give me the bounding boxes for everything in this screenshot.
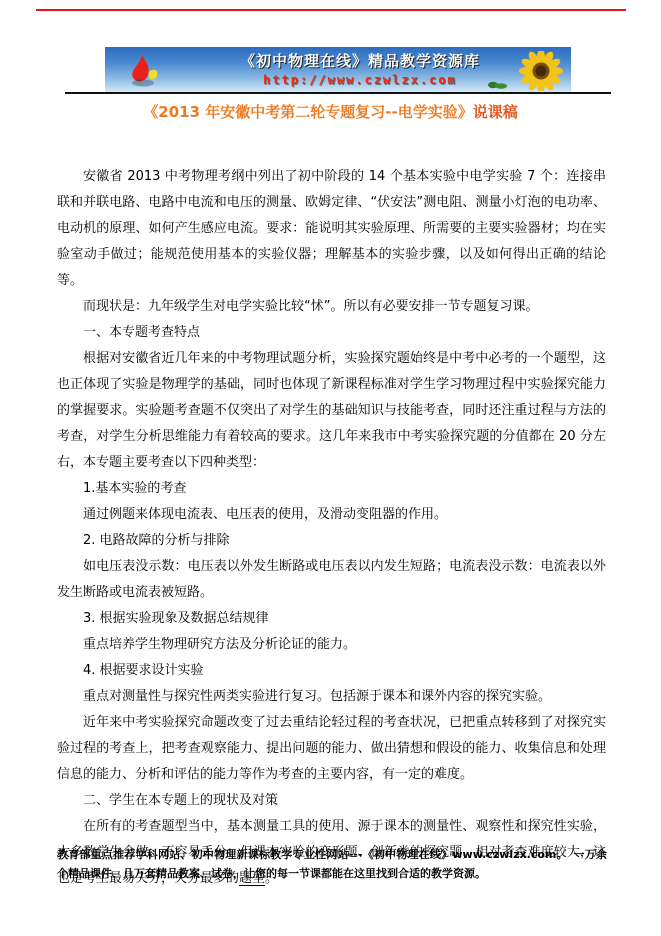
section-heading: 一、本专题考查特点 (57, 320, 606, 346)
list-item-heading: 1.基本实验的考查 (57, 476, 606, 502)
document-page: 《初中物理在线》精品教学资源库 http://www.czwlzx.com (0, 0, 661, 936)
paragraph: 根据对安徽省近几年来的中考物理试题分析，实验探究题始终是中考中必考的一个题型，这… (57, 346, 606, 476)
paragraph: 重点对测量性与探究性两类实验进行复习。包括源于课本和课外内容的探究实验。 (57, 684, 606, 710)
page-title-suffix: 说课稿 (473, 103, 518, 121)
list-item-heading: 4. 根据要求设计实验 (57, 658, 606, 684)
page-title: 《2013 年安徽中考第二轮专题复习--电学实验》说课稿 (0, 101, 661, 122)
banner-text-block: 《初中物理在线》精品教学资源库 http://www.czwlzx.com (215, 50, 505, 87)
banner-site-title: 《初中物理在线》精品教学资源库 (240, 50, 480, 71)
top-red-rule (36, 9, 626, 11)
footer-note: 教育部重点推荐学科网站、初中物理新课标教学专业性网站---《初中物理在线》www… (57, 845, 607, 883)
flame-logo-icon (125, 52, 161, 93)
document-body: 安徽省 2013 中考物理考纲中列出了初中阶段的 14 个基本实验中电学实验 7… (57, 164, 606, 892)
paragraph: 通过例题来体现电流表、电压表的使用，及滑动变阻器的作用。 (57, 502, 606, 528)
section-heading: 二、学生在本专题上的现状及对策 (57, 788, 606, 814)
list-item-heading: 2. 电路故障的分析与排除 (57, 528, 606, 554)
plant-icon (487, 74, 509, 93)
paragraph: 近年来中考实验探究命题改变了过去重结论轻过程的考查状况，已把重点转移到了对探究实… (57, 710, 606, 788)
paragraph: 安徽省 2013 中考物理考纲中列出了初中阶段的 14 个基本实验中电学实验 7… (57, 164, 606, 294)
paragraph: 如电压表没示数：电压表以外发生断路或电压表以内发生短路；电流表没示数：电流表以外… (57, 554, 606, 606)
site-banner-image: 《初中物理在线》精品教学资源库 http://www.czwlzx.com (105, 47, 571, 93)
sunflower-icon (513, 51, 565, 93)
paragraph: 重点培养学生物理研究方法及分析论证的能力。 (57, 632, 606, 658)
page-title-main: 《2013 年安徽中考第二轮专题复习--电学实验》 (143, 103, 472, 121)
banner-divider-rule (65, 92, 611, 94)
list-item-heading: 3. 根据实验现象及数据总结规律 (57, 606, 606, 632)
banner-site-url: http://www.czwlzx.com (263, 73, 457, 87)
paragraph: 而现状是：九年级学生对电学实验比较“怵”。所以有必要安排一节专题复习课。 (57, 294, 606, 320)
